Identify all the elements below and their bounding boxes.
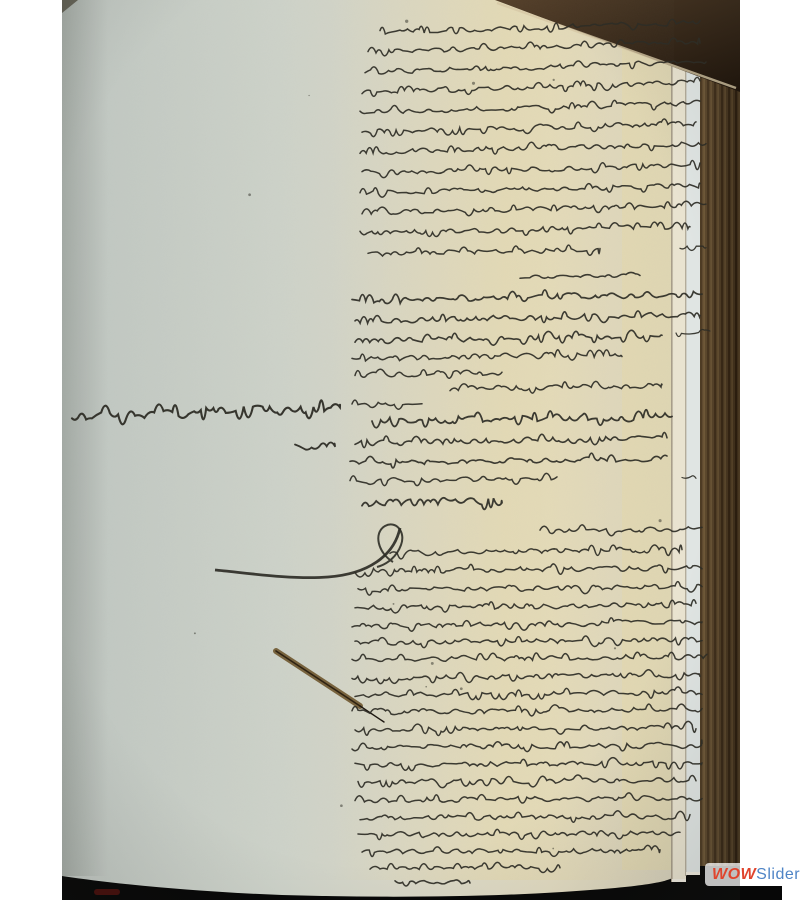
bottom-smudge [94,889,120,895]
ink-speck [393,603,395,605]
ink-speck [308,95,309,96]
ink-speck [425,686,427,688]
ink-speck [472,82,475,85]
ink-speck [553,548,555,550]
ink-speck [248,193,251,196]
manuscript-photo [62,0,740,900]
watermark-wow-text: WOW [712,866,756,884]
wowslider-watermark[interactable]: WOWSlider [705,863,800,886]
ink-speck [614,647,616,649]
watermark-slider-text: Slider [756,866,800,884]
slider-frame: WOWSlider [0,0,800,900]
ink-speck [552,848,554,850]
manuscript-photo-svg [62,0,740,900]
ink-speck [340,804,343,807]
ink-speck [405,20,408,23]
ink-speck [431,662,434,665]
ink-speck [194,632,196,634]
ink-speck [460,687,463,690]
ink-speck [498,608,499,609]
photo-bottom-notch [740,886,782,900]
ink-speck [659,519,662,522]
ink-speck [553,79,555,81]
